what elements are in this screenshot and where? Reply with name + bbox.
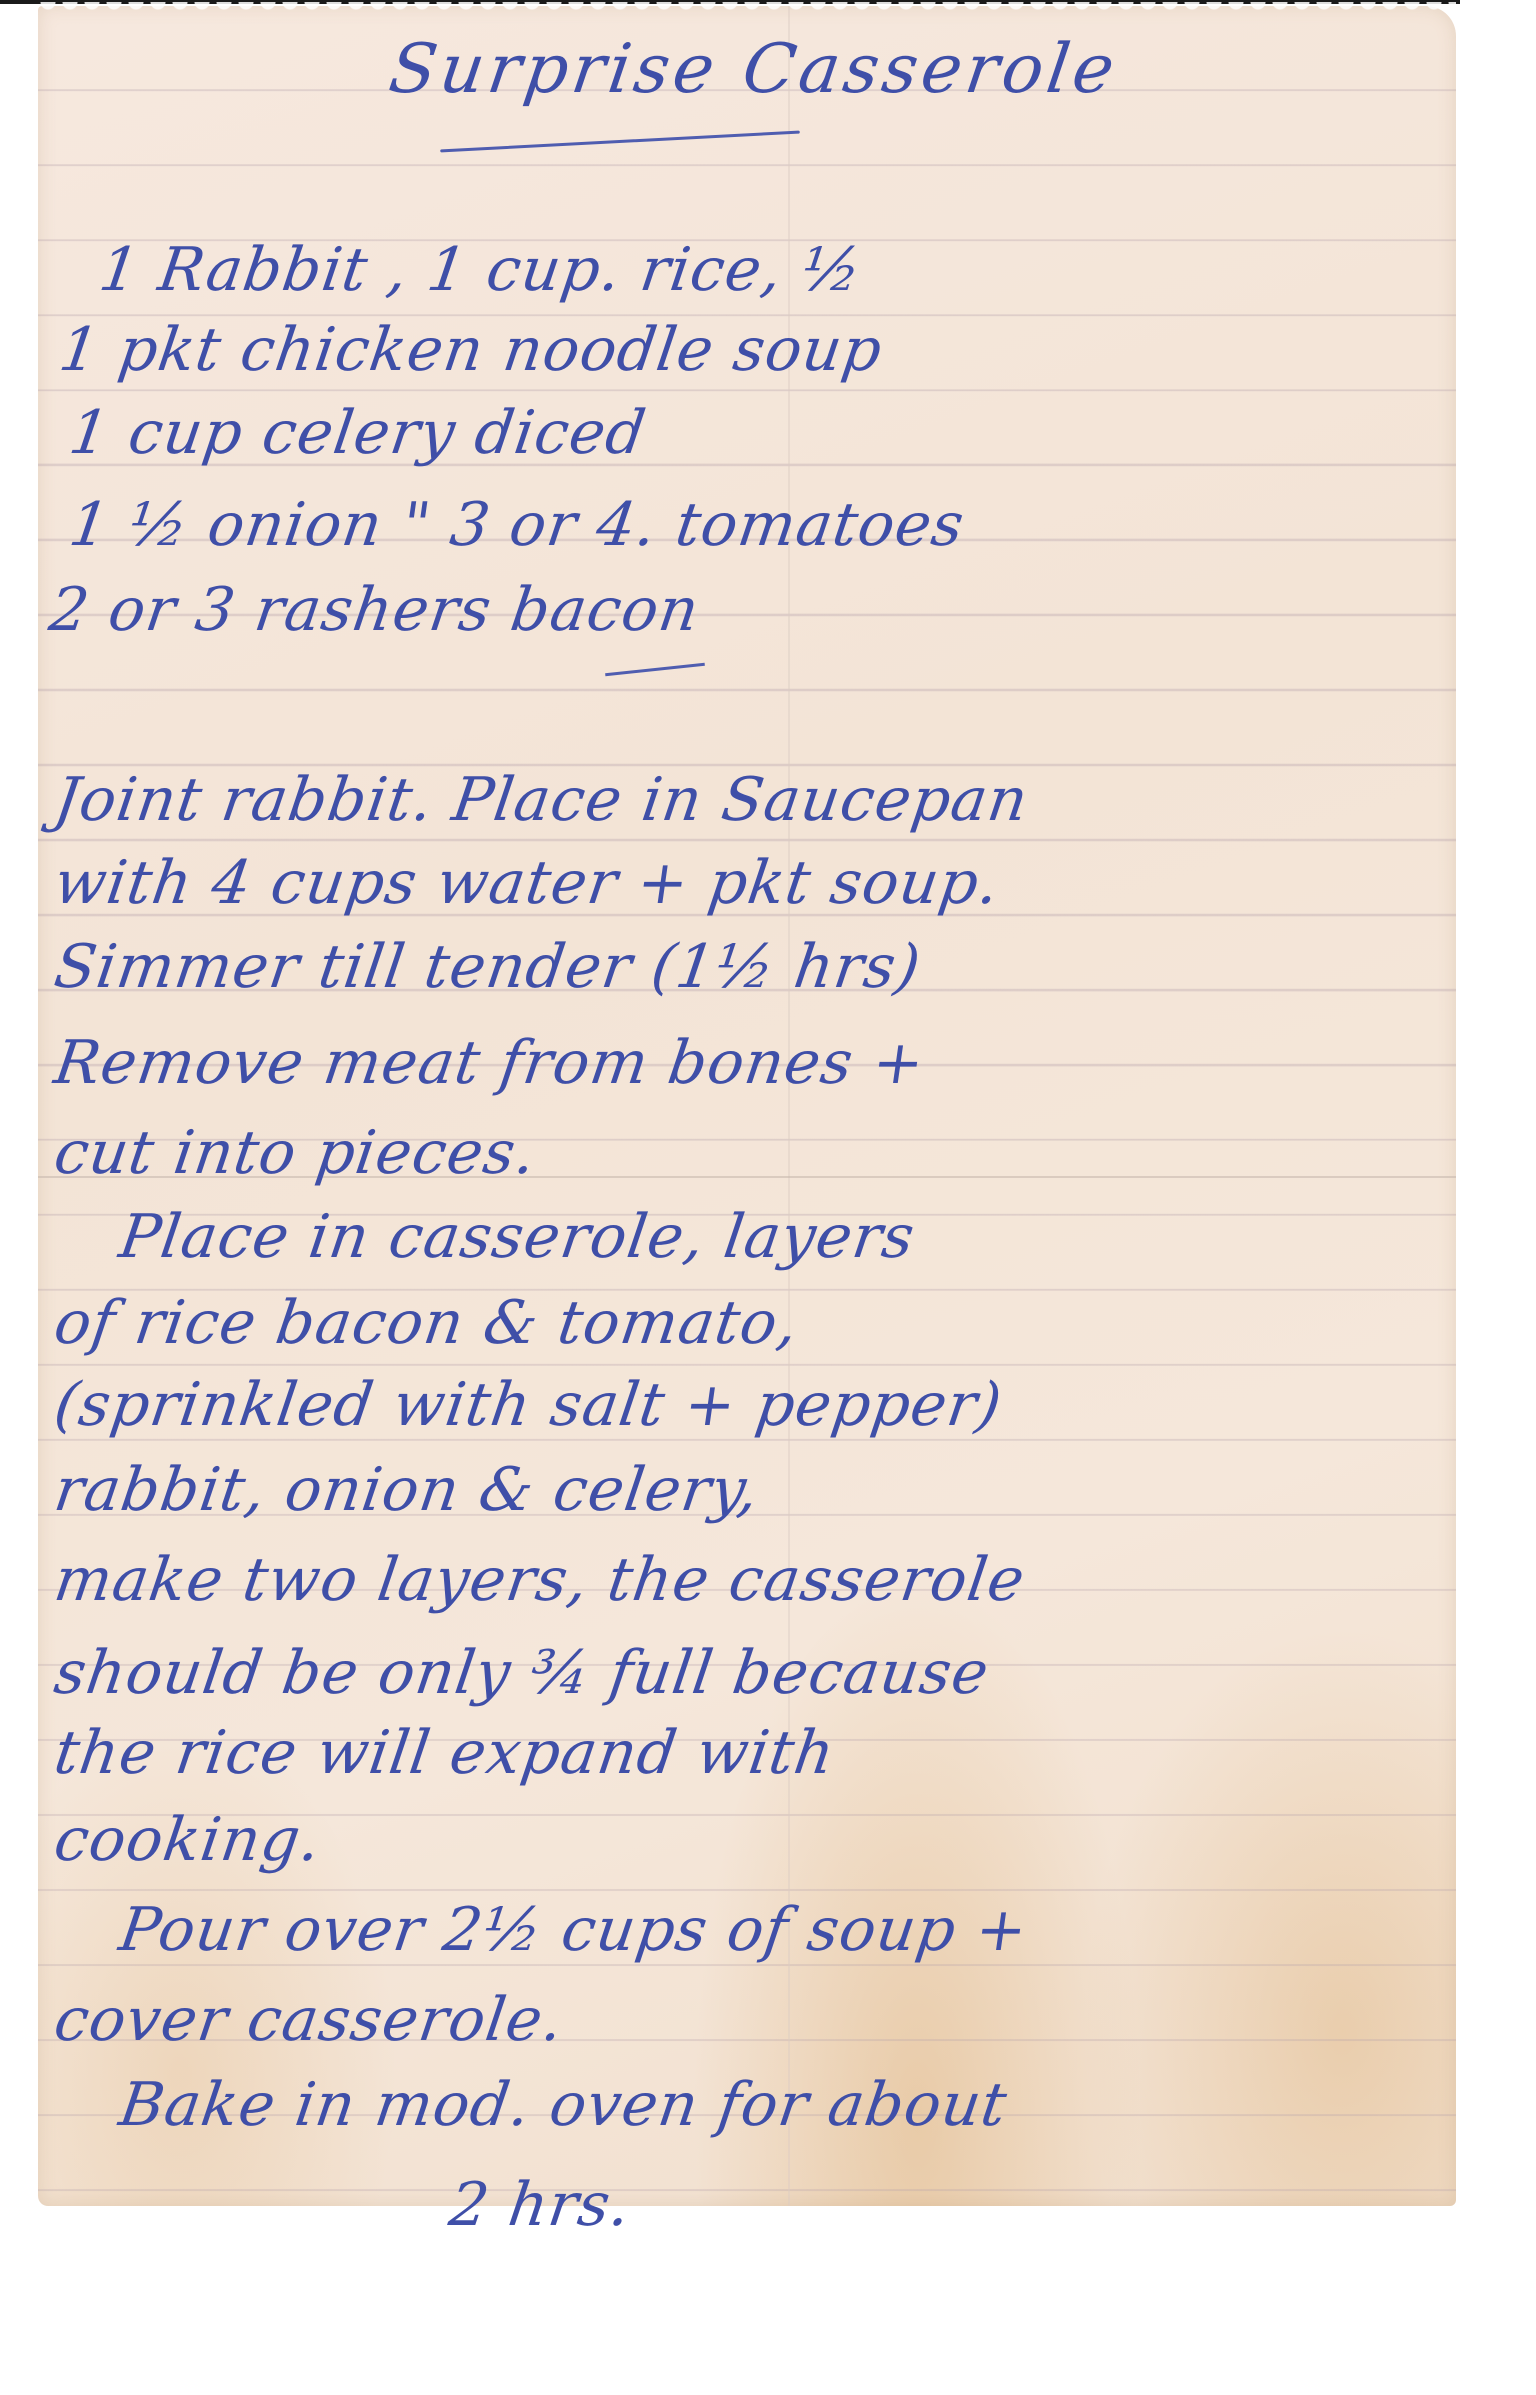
recipe-title: Surprise Casserole (384, 30, 1123, 109)
method-line: the rice will expand with (50, 1718, 839, 1788)
method-line: make two layers, the casserole (50, 1545, 1029, 1615)
ingredient-line: 1 pkt chicken noodle soup (55, 315, 887, 385)
method-line: rabbit, onion & celery, (50, 1455, 763, 1525)
ingredient-line: 1 Rabbit , 1 cup. rice, ½ (95, 235, 866, 305)
method-line: Bake in mod. oven for about (115, 2070, 1012, 2140)
torn-top-edge (38, 2, 1456, 18)
method-line: Remove meat from bones + (50, 1028, 929, 1098)
method-line: cut into pieces. (50, 1118, 540, 1188)
method-line: 2 hrs. (445, 2170, 635, 2240)
ingredient-line: 1 cup celery diced (65, 398, 650, 468)
method-line: with 4 cups water + pkt soup. (50, 848, 1004, 918)
method-line: of rice bacon & tomato, (50, 1288, 803, 1358)
method-line: Pour over 2½ cups of soup + (115, 1895, 1032, 1965)
method-line: (sprinkled with salt + pepper) (50, 1370, 1006, 1440)
method-line: cover casserole. (50, 1985, 568, 2055)
ingredient-line: 1 ½ onion " 3 or 4. tomatoes (65, 490, 969, 560)
method-line: should be only ¾ full because (50, 1638, 993, 1708)
method-line: cooking. (50, 1805, 325, 1875)
method-line: Place in casserole, layers (115, 1202, 919, 1272)
method-line: Joint rabbit. Place in Saucepan (50, 765, 1033, 835)
method-line: Simmer till tender (1½ hrs) (50, 932, 925, 1002)
ingredient-line: 2 or 3 rashers bacon (45, 575, 704, 645)
